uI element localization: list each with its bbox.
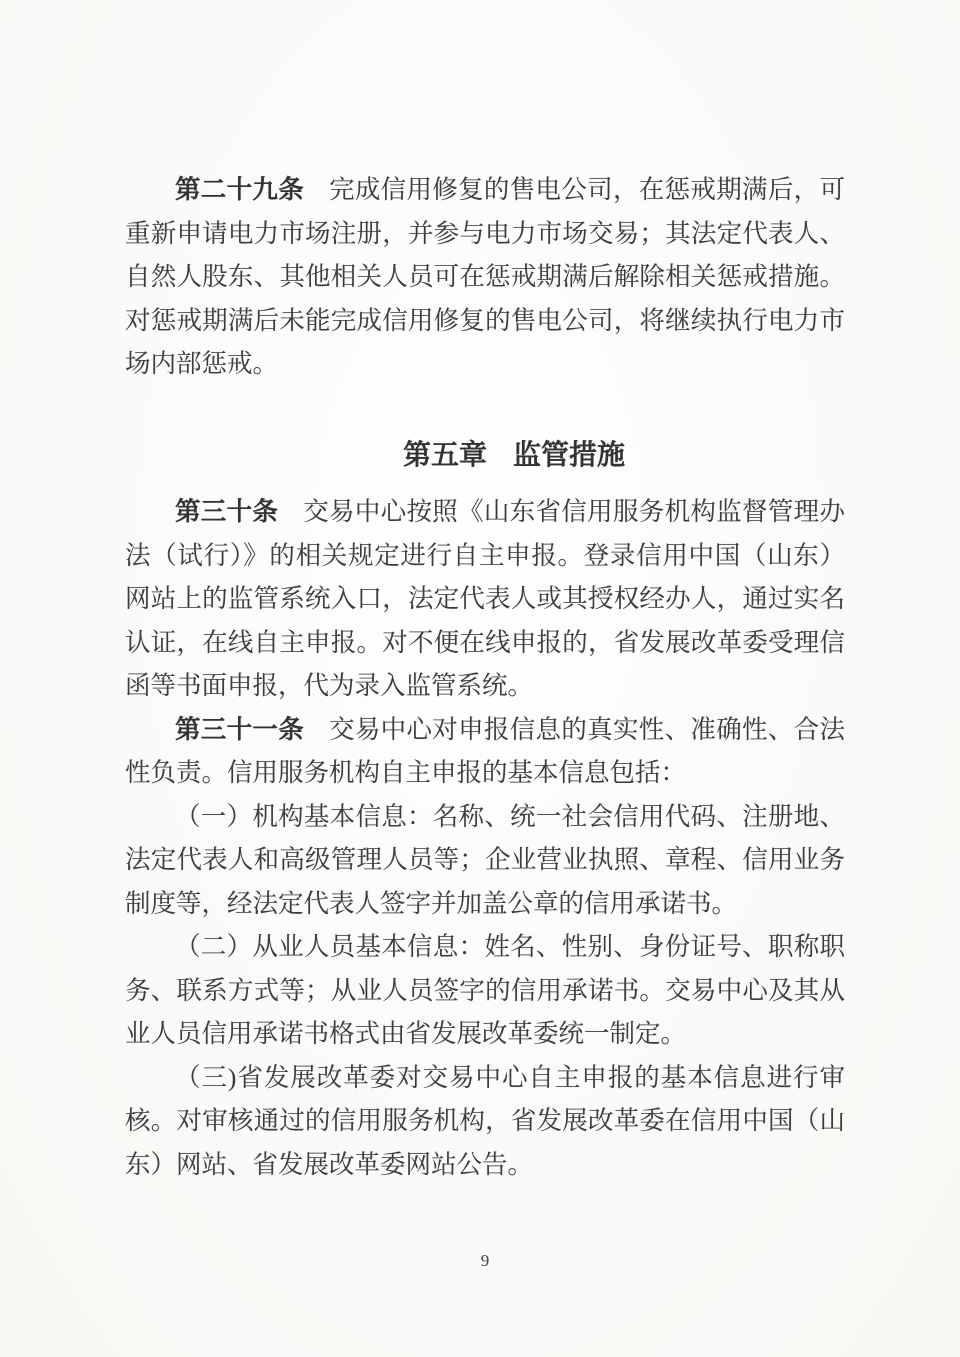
text-line-article-30-4: 函等书面申报，代为录入监管系统。 <box>125 664 845 708</box>
text-line-item-3-0: （三)省发展改革委对交易中心自主申报的基本信息进行审 <box>125 1056 845 1100</box>
chapter-number: 第五章 <box>403 440 487 471</box>
text-line-item-3-2: 东）网站、省发展改革委网站公告。 <box>125 1143 845 1187</box>
text-line-article-29-1: 重新申请电力市场注册，并参与电力市场交易；其法定代表人、 <box>125 212 845 256</box>
text-line-item-2-1: 务、联系方式等；从业人员签字的信用承诺书。交易中心及其从 <box>125 969 845 1013</box>
article-text: 交易中心对申报信息的真实性、准确性、合法 <box>329 715 845 744</box>
text-line-article-29-2: 自然人股东、其他相关人员可在惩戒期满后解除相关惩戒措施。 <box>125 255 845 299</box>
text-line-article-29-0: 第二十九条完成信用修复的售电公司，在惩戒期满后，可 <box>125 168 845 212</box>
document-page: 第二十九条完成信用修复的售电公司，在惩戒期满后，可重新申请电力市场注册，并参与电… <box>0 0 960 1357</box>
page-number: 9 <box>125 1250 845 1272</box>
text-line-article-30-3: 认证，在线自主申报。对不便在线申报的，省发展改革委受理信 <box>125 621 845 665</box>
article-lead: 第三十一条 <box>175 715 304 744</box>
text-line-article-30-0: 第三十条交易中心按照《山东省信用服务机构监督管理办 <box>125 490 845 534</box>
text-line-article-31-1: 性负责。信用服务机构自主申报的基本信息包括： <box>125 751 845 795</box>
article-lead: 第二十九条 <box>175 175 304 204</box>
text-line-item-1-1: 法定代表人和高级管理人员等；企业营业执照、章程、信用业务 <box>125 838 845 882</box>
text-line-article-30-1: 法（试行）》的相关规定进行自主申报。登录信用中国（山东） <box>125 534 845 578</box>
text-line-item-2-0: （二）从业人员基本信息：姓名、性别、身份证号、职称职 <box>125 925 845 969</box>
text-line-article-30-2: 网站上的监管系统入口，法定代表人或其授权经办人，通过实名 <box>125 577 845 621</box>
chapter-5-heading: 第五章监管措施 <box>154 434 874 478</box>
text-line-article-29-4: 场内部惩戒。 <box>125 342 845 386</box>
text-line-article-31-0: 第三十一条交易中心对申报信息的真实性、准确性、合法 <box>125 708 845 752</box>
text-line-item-3-1: 核。对审核通过的信用服务机构，省发展改革委在信用中国（山 <box>125 1099 845 1143</box>
text-line-article-29-3: 对惩戒期满后未能完成信用修复的售电公司，将继续执行电力市 <box>125 299 845 343</box>
chapter-title: 监管措施 <box>513 440 625 471</box>
article-text: 交易中心按照《山东省信用服务机构监督管理办 <box>303 497 845 526</box>
text-line-item-1-2: 制度等，经法定代表人签字并加盖公章的信用承诺书。 <box>125 882 845 926</box>
article-lead: 第三十条 <box>175 497 278 526</box>
text-line-item-1-0: （一）机构基本信息：名称、统一社会信用代码、注册地、 <box>125 795 845 839</box>
article-text: 完成信用修复的售电公司，在惩戒期满后，可 <box>329 175 845 204</box>
text-line-item-2-2: 业人员信用承诺书格式由省发展改革委统一制定。 <box>125 1012 845 1056</box>
text-column: 第二十九条完成信用修复的售电公司，在惩戒期满后，可重新申请电力市场注册，并参与电… <box>125 168 845 1186</box>
